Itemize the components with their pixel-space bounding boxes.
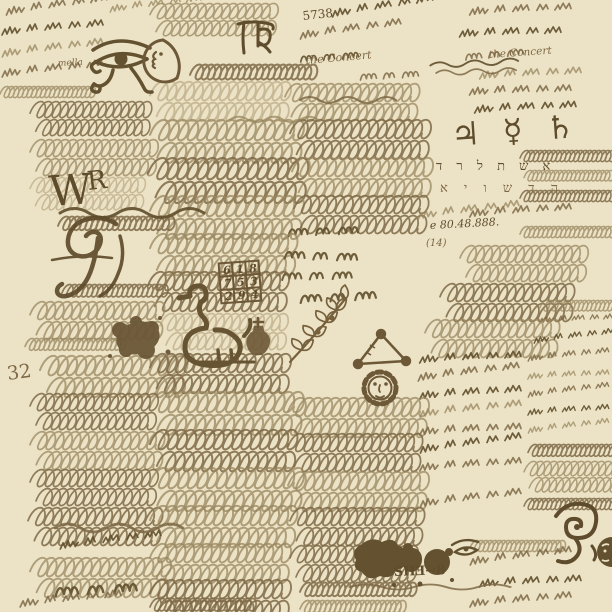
scribble-row xyxy=(30,102,152,136)
scribble-row xyxy=(470,0,571,19)
scribble-row xyxy=(288,398,429,438)
manuscript-pattern: 6 1 8 7 5 3 2 9 4 xyxy=(0,0,612,612)
scribble-row xyxy=(294,196,429,234)
magic-square-cell: 9 xyxy=(237,289,246,303)
scribble-row xyxy=(534,328,612,343)
scribble-row xyxy=(2,38,103,57)
scribble-row xyxy=(332,0,434,17)
scribble-row xyxy=(440,284,575,322)
scribble-row xyxy=(420,456,521,473)
letter-r: R xyxy=(86,165,110,197)
scribble-row xyxy=(28,508,163,546)
scribble-row xyxy=(420,400,521,417)
magic-square-cell: 3 xyxy=(250,275,259,289)
scribble-row xyxy=(480,572,581,591)
scribble-row xyxy=(148,272,289,312)
magic-square-cell: 7 xyxy=(224,277,233,291)
scribble-row xyxy=(470,540,565,551)
hebrew-script-line2: ה ד ש ו י א xyxy=(440,181,564,196)
scribble-row xyxy=(528,403,609,416)
scribble-row xyxy=(30,394,158,430)
word-mella: mella xyxy=(58,58,83,69)
scribble-row xyxy=(360,71,418,80)
scribble-row xyxy=(288,434,423,472)
scribble-row xyxy=(2,20,103,35)
scribble-row xyxy=(0,86,95,97)
scribble-row xyxy=(420,420,521,439)
scribble-row xyxy=(420,488,521,507)
scribble-row xyxy=(150,430,297,471)
magic-square: 6 1 8 7 5 3 2 9 4 xyxy=(219,261,262,304)
scribble-row xyxy=(190,65,317,80)
eye-of-horus-icon xyxy=(92,41,152,92)
magic-square-cell: 4 xyxy=(250,288,259,302)
planet-symbols: ♃ ☿ ♄ xyxy=(450,107,582,154)
sun-face-icon xyxy=(364,372,396,404)
scribble-row xyxy=(2,60,103,77)
scribble-row xyxy=(150,120,304,163)
moon-face-partial-icon xyxy=(597,537,612,567)
scribble-row xyxy=(524,461,612,492)
scribble-row xyxy=(25,338,126,350)
scribble-row xyxy=(30,432,165,470)
blot-mark: SHƎ→8 xyxy=(394,563,446,580)
scribble-row xyxy=(470,80,572,100)
ledger-number: e 80.48.888. xyxy=(429,215,499,232)
scribble-row xyxy=(290,120,431,160)
scribble-row xyxy=(150,468,304,511)
triangle-talisman-icon xyxy=(354,330,410,368)
scribble-row xyxy=(528,418,609,433)
magic-square-cell: 6 xyxy=(223,264,232,278)
scribble-row xyxy=(528,367,609,382)
scribble-row xyxy=(282,272,352,280)
scribble-row xyxy=(528,382,609,397)
magic-square-cell: 8 xyxy=(249,262,258,276)
magic-square-cell: 2 xyxy=(224,290,234,304)
ornate-eye-flourish-icon xyxy=(556,504,596,562)
top-numbers: 5738 xyxy=(302,6,334,23)
scribble-row xyxy=(470,592,571,607)
manuscript-svg: 6 1 8 7 5 3 2 9 4 xyxy=(0,0,612,612)
scribble-row xyxy=(285,84,420,122)
strike-line xyxy=(436,68,516,76)
scribble-row xyxy=(460,246,588,282)
margin-number: 32 xyxy=(6,360,33,385)
scribble-row xyxy=(528,444,612,456)
magic-square-cell: 5 xyxy=(237,276,246,290)
scribble-row xyxy=(292,158,433,198)
scribble-row xyxy=(300,600,406,612)
scribble-row xyxy=(6,0,108,15)
crescent-moon-face-icon xyxy=(144,40,179,82)
scribble-row xyxy=(420,384,521,401)
concert-word-right: the Concert xyxy=(488,45,552,61)
scribble-row xyxy=(290,508,425,546)
hebrew-script-line1: א ש ת ל ר ד xyxy=(436,159,555,174)
scribble-row xyxy=(150,506,297,547)
scribble-row xyxy=(420,433,522,453)
scribble-row xyxy=(520,226,612,237)
scribble-row xyxy=(150,392,304,435)
scribble-row xyxy=(460,22,562,42)
scribble-row xyxy=(288,472,429,512)
concert-word-top: the Concert xyxy=(305,48,372,67)
ledger-note: (14) xyxy=(426,238,447,249)
scribble-row xyxy=(418,362,519,381)
scribble-row xyxy=(30,470,158,506)
magic-square-cell: 1 xyxy=(236,263,245,277)
scribble-row xyxy=(150,82,291,122)
